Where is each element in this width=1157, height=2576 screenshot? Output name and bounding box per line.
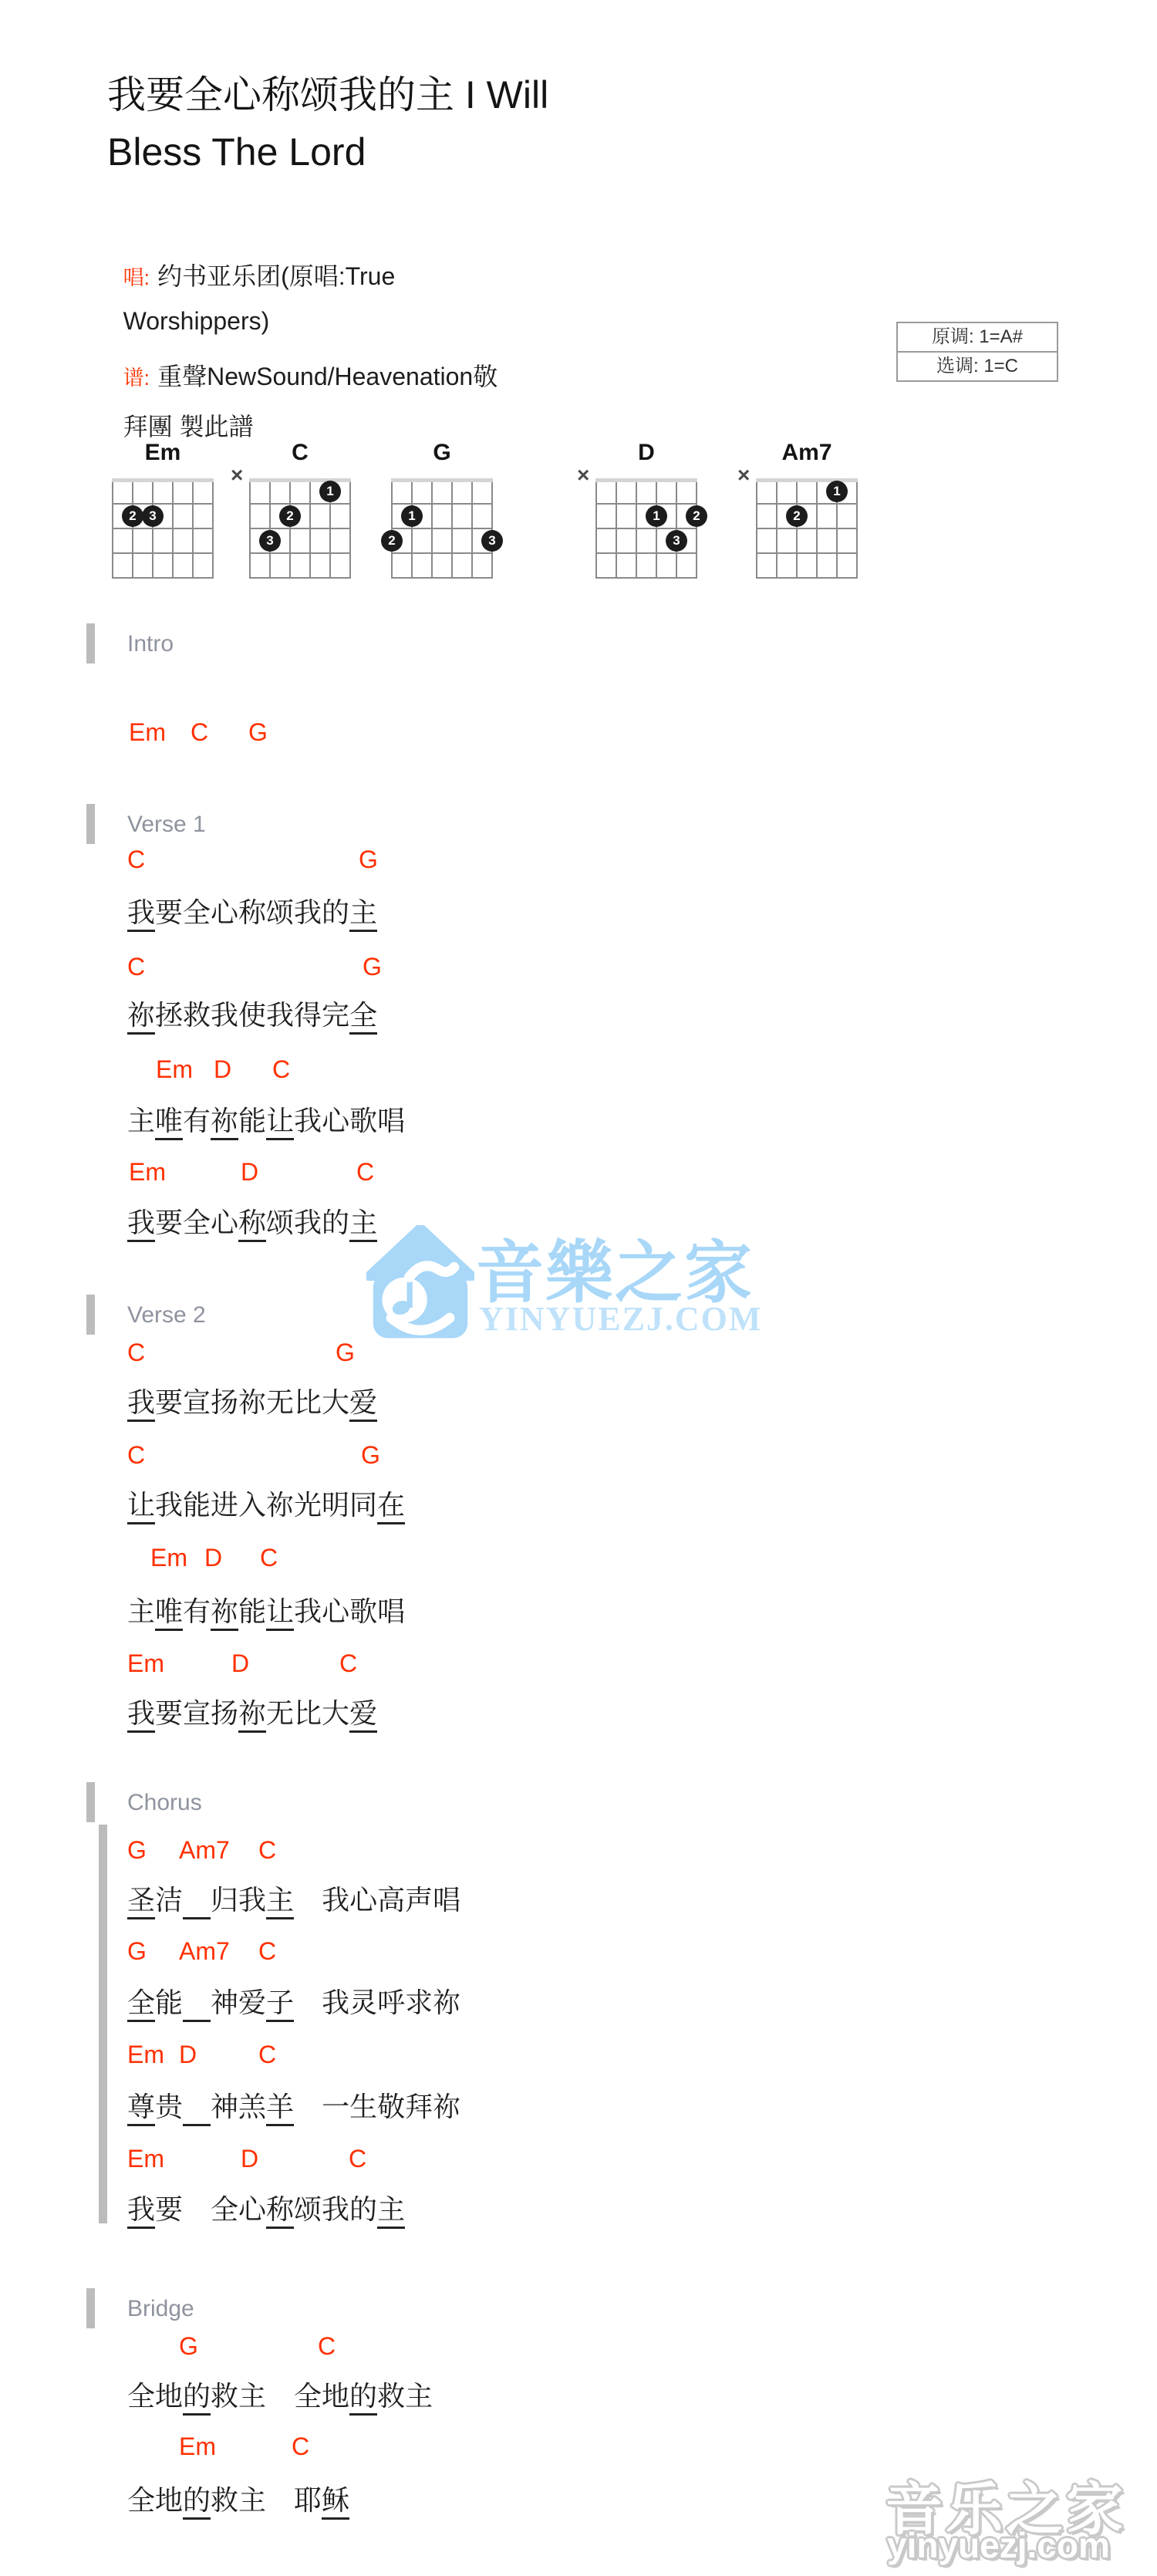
lyric-segment: 我心高声唱 <box>294 1884 460 1916</box>
lyric-segment-underlined: 我 <box>127 1697 155 1733</box>
chord-label: C <box>191 718 208 747</box>
lyric-segment-underlined <box>183 1987 211 2022</box>
finger-dot: 1 <box>826 481 848 502</box>
chord-label: C <box>272 1055 290 1084</box>
lyric-segment-underlined: 祢 <box>238 1697 266 1733</box>
finger-dot: 3 <box>481 530 503 552</box>
lyric-segment: 主 <box>127 1105 155 1136</box>
section-label-intro: Intro <box>127 631 174 657</box>
lyric-segment-underlined: 称 <box>266 2193 294 2229</box>
chord-diagram-G: G123 <box>391 478 493 579</box>
chord-label: D <box>241 1158 258 1187</box>
lyric-segment-underlined: 全 <box>349 999 377 1035</box>
fretboard-grid: 23 <box>112 478 214 579</box>
chord-label: Am7 <box>179 1836 230 1865</box>
lyric-segment-underlined: 的 <box>183 2484 211 2520</box>
chord-label: C <box>258 2041 276 2069</box>
section-bar <box>86 1782 95 1822</box>
lyric-segment: 救主 全地 <box>211 2380 349 2412</box>
finger-dot: 2 <box>786 505 808 527</box>
chord-label: Em <box>150 1544 187 1572</box>
fret-line <box>595 528 697 529</box>
fret-line <box>112 503 214 505</box>
fret-line <box>391 577 493 579</box>
chord-label: C <box>258 1937 276 1966</box>
finger-dot: 1 <box>646 505 667 527</box>
section-label-verse-1: Verse 1 <box>127 812 206 838</box>
watermark-site-url: YINYUEZJ.COM <box>479 1299 762 1339</box>
chord-label: G <box>179 2332 198 2361</box>
fret-line <box>249 577 351 579</box>
fretboard-grid: 123 <box>595 478 697 579</box>
lyric-segment-underlined: 称 <box>238 1207 266 1242</box>
chord-diagram-name: Em <box>112 440 214 466</box>
lyric-segment-underlined: 祢 <box>211 1595 238 1631</box>
finger-dot: 2 <box>279 505 301 527</box>
chord-diagram-C: C123× <box>249 478 351 579</box>
finger-dot: 1 <box>401 505 423 527</box>
fret-line <box>756 577 858 579</box>
chord-line: GC <box>127 2332 1053 2363</box>
lyric-segment-underlined: 尊 <box>127 2091 155 2126</box>
section-bar <box>86 1295 95 1335</box>
finger-dot: 3 <box>259 530 281 552</box>
lyric-segment-underlined: 全 <box>127 1987 155 2022</box>
lyric-segment-underlined: 唯 <box>155 1595 183 1631</box>
chord-line: EmDC <box>127 2041 1053 2071</box>
lyric-line: 尊贵 神羔羊 一生敬拜祢 <box>127 2089 460 2124</box>
fret-line <box>391 552 493 554</box>
lyric-segment-underlined: 爱 <box>349 1386 377 1422</box>
lyric-segment: 拯救我使我得完 <box>155 999 349 1031</box>
chord-label: Em <box>127 2041 164 2069</box>
lyric-segment-underlined: 圣 <box>127 1884 155 1919</box>
chord-label: C <box>349 2145 366 2173</box>
fret-line <box>249 552 351 554</box>
chord-line: CG <box>127 953 1053 984</box>
nut-line <box>595 478 697 482</box>
lyric-segment: 贵 <box>155 2091 183 2122</box>
fret-line <box>249 528 351 529</box>
chord-label: G <box>127 1937 147 1966</box>
lyric-line: 主唯有祢能让我心歌唱 <box>127 1594 405 1629</box>
fret-line <box>112 528 214 529</box>
lyric-segment-underlined: 祢 <box>211 1105 238 1140</box>
lyric-line: 全地的救主 全地的救主 <box>127 2378 433 2413</box>
lyric-segment: 要全心称颂我的 <box>155 896 349 928</box>
chord-label: D <box>241 2145 258 2173</box>
lyric-segment: 能 <box>238 1595 266 1627</box>
nut-line <box>112 478 214 482</box>
music-house-logo-icon <box>366 1225 474 1341</box>
page-title-line-1: 我要全心称颂我的主 I Will <box>107 64 548 120</box>
chord-line: EmDC <box>127 1158 1053 1189</box>
muted-string-mark: × <box>577 463 589 488</box>
chord-diagram-name: C <box>249 440 351 466</box>
chord-line: CG <box>127 846 1053 876</box>
lyric-segment-underlined <box>183 2091 211 2126</box>
fretboard-grid: 12 <box>756 478 858 579</box>
chord-diagram-D: D123× <box>595 478 697 579</box>
chord-label: Em <box>127 2145 164 2173</box>
section-label-verse-2: Verse 2 <box>127 1302 206 1329</box>
chord-label: C <box>260 1544 278 1572</box>
lyric-segment: 全地 <box>127 2484 183 2516</box>
lyric-segment: 神羔 <box>211 2091 266 2122</box>
lyric-line: 我要全心称颂我的主 <box>127 895 377 930</box>
lyric-segment-underlined: 我 <box>127 1386 155 1422</box>
lyric-segment-underlined: 子 <box>266 1987 294 2022</box>
chord-label: D <box>204 1544 222 1572</box>
chord-label: Em <box>179 2433 216 2461</box>
lyric-line: 我要宣扬祢无比大爱 <box>127 1696 377 1730</box>
chord-label: D <box>214 1055 231 1084</box>
chord-label: C <box>127 846 145 874</box>
finger-dot: 2 <box>381 530 403 552</box>
lyric-segment-underlined: 稣 <box>322 2484 349 2520</box>
fret-line <box>391 503 493 505</box>
chord-line: EmCG <box>127 718 1053 749</box>
lyric-line: 我要宣扬祢无比大爱 <box>127 1385 377 1420</box>
chord-label: Em <box>127 1649 164 1678</box>
chord-label: C <box>356 1158 374 1187</box>
maker-text-wrap: 拜團 製此譜 <box>123 413 254 441</box>
key-info-box: 原调: 1=A# 选调: 1=C <box>896 322 1058 382</box>
chord-label: G <box>363 953 382 981</box>
fret-line <box>112 577 214 579</box>
fretboard-grid: 123 <box>249 478 351 579</box>
muted-string-mark: × <box>737 463 750 488</box>
fret-line <box>756 528 858 529</box>
lyric-segment: 有 <box>183 1595 211 1627</box>
chord-label: G <box>359 846 378 874</box>
lyric-segment-underlined: 祢 <box>127 999 155 1035</box>
lyric-segment: 我心歌唱 <box>294 1105 405 1136</box>
lyric-segment-underlined: 在 <box>377 1489 405 1524</box>
lyric-line: 圣洁 归我主 我心高声唱 <box>127 1882 460 1917</box>
chord-label: G <box>361 1441 380 1470</box>
section-label-bridge: Bridge <box>127 2296 194 2322</box>
finger-dot: 3 <box>142 505 164 527</box>
chord-label: G <box>127 1836 147 1865</box>
chord-diagram-name: G <box>391 440 493 466</box>
lyric-segment: 一生敬拜祢 <box>294 2091 460 2122</box>
selected-key: 选调: 1=C <box>898 351 1057 380</box>
lyric-line: 全能 神爱子 我灵呼求祢 <box>127 1985 460 2020</box>
lyric-segment: 能 <box>155 1987 183 2018</box>
corner-watermark-url: yinyuezj.com <box>887 2524 1110 2566</box>
lyric-segment: 归我 <box>211 1884 266 1916</box>
lyric-segment: 要宣扬 <box>155 1697 238 1729</box>
lyric-line: 我要 全心称颂我的主 <box>127 2192 405 2227</box>
lyric-segment: 要全心 <box>155 1207 238 1238</box>
finger-dot: 2 <box>122 505 143 527</box>
chord-label: Em <box>129 1158 166 1187</box>
lyric-segment: 救主 耶 <box>211 2484 322 2516</box>
lyric-segment-underlined: 让 <box>127 1489 155 1524</box>
lyric-segment-underlined: 的 <box>349 2380 377 2416</box>
chord-diagram-name: Am7 <box>756 440 858 466</box>
chord-line: EmC <box>127 2433 1053 2463</box>
chord-line: EmDC <box>127 2145 1053 2176</box>
section-long-bar <box>99 1825 107 2223</box>
chord-label: C <box>318 2332 336 2361</box>
chord-label: C <box>339 1649 357 1678</box>
chord-label: G <box>336 1339 355 1367</box>
fretboard-grid: 123 <box>391 478 493 579</box>
lyric-segment: 要 全心 <box>155 2193 266 2225</box>
chord-line: CG <box>127 1339 1053 1369</box>
lyric-segment-underlined <box>183 1884 211 1919</box>
chord-line: EmDC <box>127 1544 1053 1575</box>
original-key: 原调: 1=A# <box>898 323 1057 351</box>
lyric-segment: 颂我的 <box>266 1207 349 1238</box>
page-title-line-2: Bless The Lord <box>107 130 366 174</box>
chord-label: Em <box>156 1055 193 1084</box>
lyric-segment: 全地 <box>127 2380 183 2412</box>
chord-sheet-page: 我要全心称颂我的主 I Will Bless The Lord 唱:约书亚乐团(… <box>0 0 1157 2576</box>
fret-line <box>595 503 697 505</box>
lyric-segment-underlined: 让 <box>266 1105 294 1140</box>
chord-line: GAm7C <box>127 1937 1053 1968</box>
finger-dot: 3 <box>666 530 687 552</box>
nut-line <box>391 478 493 482</box>
lyric-segment: 洁 <box>155 1884 183 1916</box>
fret-line <box>595 577 697 579</box>
lyric-line: 祢拯救我使我得完全 <box>127 998 377 1032</box>
lyric-segment-underlined: 爱 <box>349 1697 377 1733</box>
section-bar <box>86 2288 95 2328</box>
lyric-segment-underlined: 的 <box>183 2380 211 2416</box>
chord-diagram-name: D <box>595 440 697 466</box>
section-bar <box>86 804 95 844</box>
chord-line: EmDC <box>127 1649 1053 1680</box>
chord-label: C <box>127 953 145 981</box>
lyric-segment: 神爱 <box>211 1987 266 2018</box>
lyric-segment: 颂我的 <box>294 2193 377 2225</box>
lyric-segment-underlined: 让 <box>266 1595 294 1631</box>
lyric-segment: 能 <box>238 1105 266 1136</box>
chord-label: D <box>231 1649 249 1678</box>
fret-line <box>595 552 697 554</box>
lyric-line: 主唯有祢能让我心歌唱 <box>127 1103 405 1138</box>
fret-line <box>756 552 858 554</box>
lyric-segment-underlined: 唯 <box>155 1105 183 1140</box>
section-label-chorus: Chorus <box>127 1790 202 1816</box>
lyric-segment-underlined: 我 <box>127 1207 155 1242</box>
lyric-line: 全地的救主 耶稣 <box>127 2483 349 2517</box>
chord-label: C <box>258 1836 276 1865</box>
chord-label: D <box>179 2041 197 2069</box>
section-bar <box>86 623 95 663</box>
chord-line: EmDC <box>127 1055 1053 1086</box>
lyric-line: 我要全心称颂我的主 <box>127 1205 377 1240</box>
chord-label: C <box>127 1441 145 1470</box>
lyric-segment: 救主 <box>377 2380 433 2412</box>
chord-line: CG <box>127 1441 1053 1472</box>
lyric-segment: 要宣扬祢无比大 <box>155 1386 349 1418</box>
chord-label: Am7 <box>179 1937 230 1966</box>
lyric-segment-underlined: 羊 <box>266 2091 294 2126</box>
lyric-segment: 我灵呼求祢 <box>294 1987 460 2018</box>
chord-label: Em <box>129 718 166 747</box>
lyric-segment-underlined: 主 <box>349 896 377 932</box>
chord-label: C <box>292 2433 309 2461</box>
chord-line: GAm7C <box>127 1836 1053 1867</box>
lyric-segment-underlined: 主 <box>377 2193 405 2229</box>
chord-diagram-Em: Em23 <box>112 478 214 579</box>
lyric-segment: 我心歌唱 <box>294 1595 405 1627</box>
lyric-segment-underlined: 主 <box>266 1884 294 1919</box>
chord-label: C <box>127 1339 145 1367</box>
lyric-segment: 无比大 <box>266 1697 349 1729</box>
lyric-segment-underlined: 我 <box>127 2193 155 2229</box>
muted-string-mark: × <box>231 463 243 488</box>
fret-line <box>112 552 214 554</box>
chord-diagram-Am7: Am712× <box>756 478 858 579</box>
finger-dot: 1 <box>319 481 341 502</box>
lyric-segment: 我能进入祢光明同 <box>155 1489 377 1521</box>
fret-line <box>391 528 493 529</box>
fret-line <box>249 503 351 505</box>
fret-line <box>756 503 858 505</box>
lyric-segment-underlined: 我 <box>127 896 155 932</box>
finger-dot: 2 <box>686 505 707 527</box>
lyric-segment: 有 <box>183 1105 211 1136</box>
lyric-line: 让我能进入祢光明同在 <box>127 1487 405 1522</box>
lyric-segment: 主 <box>127 1595 155 1627</box>
chord-label: G <box>248 718 268 747</box>
